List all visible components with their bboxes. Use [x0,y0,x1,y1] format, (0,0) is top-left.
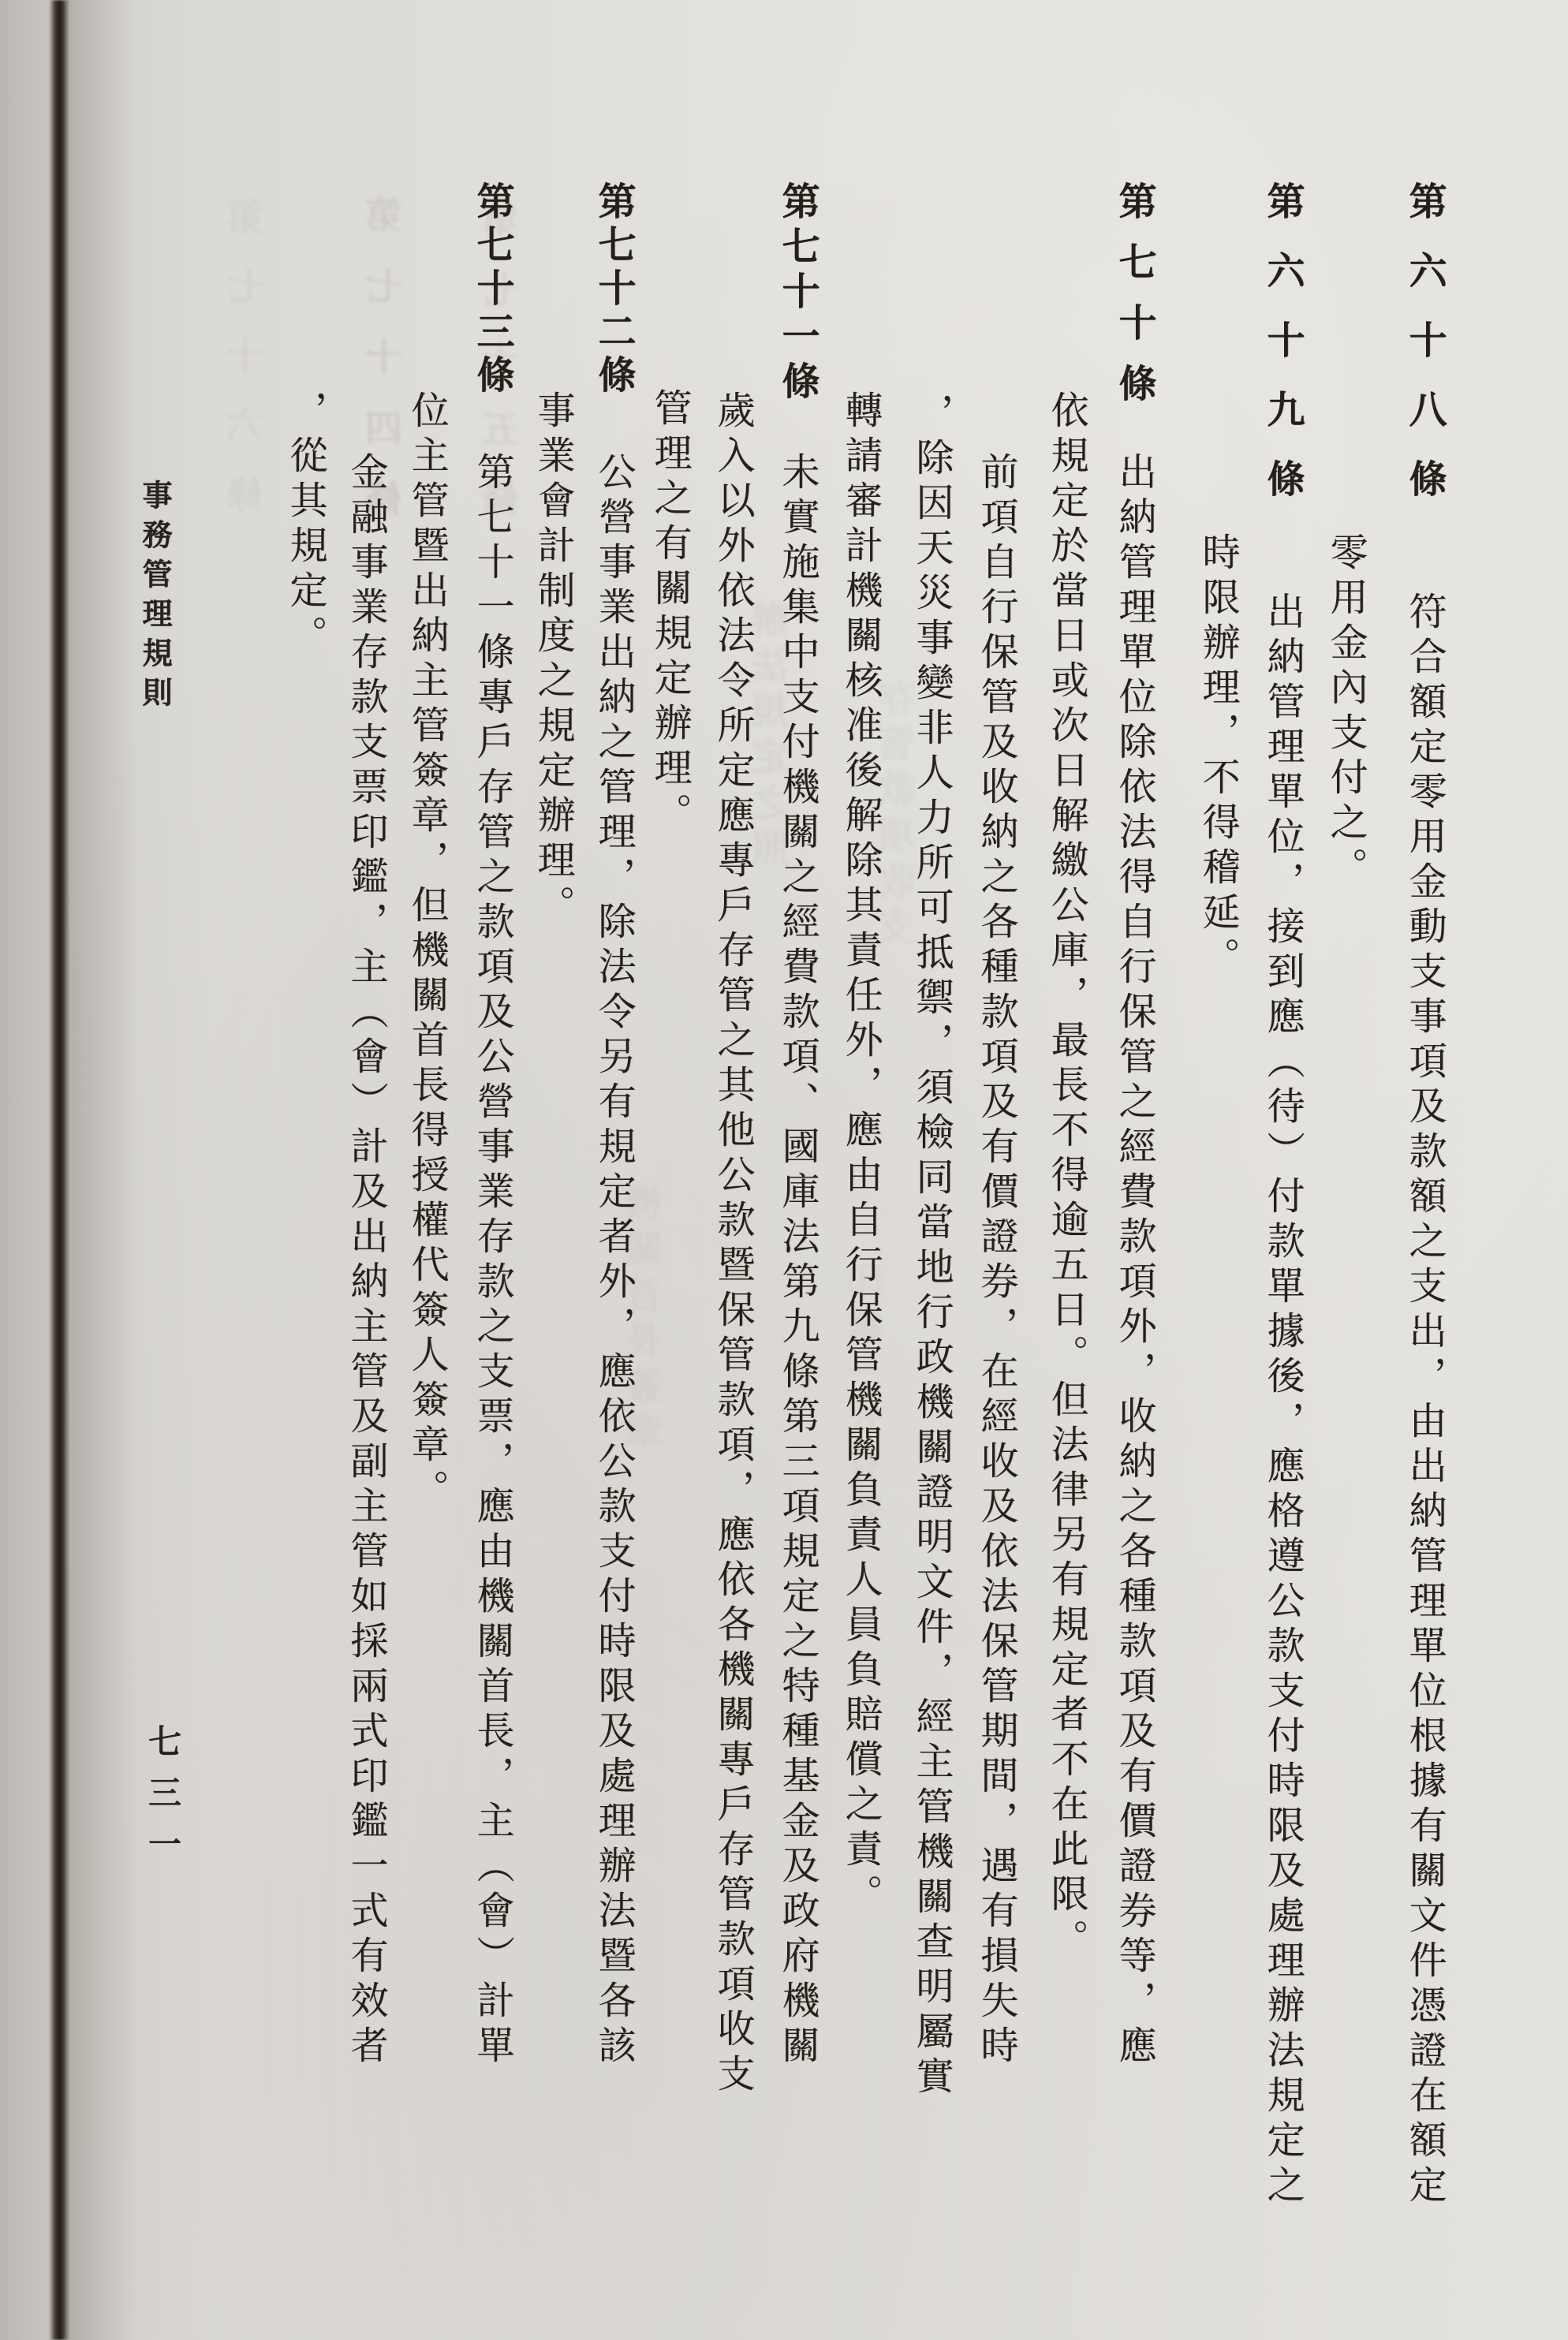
side-label-regulation-title: 事務管理規則 [139,480,169,716]
showthrough-ghost-column: 第七十六條 [230,197,268,544]
article-text-column: ，除因天災事變非人力所可抵禦，須檢同當地行政機關證明文件，經主管機關查明屬實 [912,393,950,2101]
showthrough-ghost-column: 機關首長簽章 [629,1183,667,1457]
article-text-column: 公營事業出納之管理，除法令另有規定者外，應依公款支付時限及處理辦法暨各該 [594,452,632,2070]
article-text-column: 位主管暨出納主管簽章，但機關首長得授權代簽人簽章。 [407,390,445,1514]
article-text-column: 歲入以外依法令所定應專戶存管之其他公款暨保管款項，應依各機關專戶存管款項收支 [713,390,751,2099]
article-heading: 第六十九條 [1263,181,1301,528]
article-text-column: 管理之有關規定辦理。 [650,388,688,838]
article-text-column: 金融事業存款支票印鑑，主（會）計及出納主管及副主管如採兩式印鑑一式有效者 [346,452,384,2070]
article-text-column: 零用金內支付之。 [1326,532,1364,892]
scanned-document-page: 第七十四條第七十五條第七十六條辦法規定之照存管款項收支機關首長簽章印鑑一式有效 … [0,0,1568,2340]
page-number: 七三一 [145,1724,178,1878]
article-text-column: 前項自行保管及收納之各種款項及有價證券，在經收及依法保管期間，遇有損失時 [976,452,1014,2070]
article-text-column: 出納管理單位，接到應（待）付款單據後，應格遵公款支付時限及處理辦法規定之 [1263,592,1301,2210]
article-heading: 第七十條 [1114,181,1152,424]
article-text-column: 時限辦理，不得稽延。 [1198,532,1236,982]
article-text-column: 依規定於當日或次日解繳公庫，最長不得逾五日。但法律另有規定者不在此限。 [1047,390,1085,1964]
article-heading: 第七十三條 [472,181,510,398]
book-gutter-soft-shadow [66,0,137,2340]
article-text-column: 出納管理單位除依法得自行保管之經費款項外，收納之各種款項及有價證券等，應 [1114,452,1152,2070]
article-text-column: 第七十一條專戶存管之款項及公營事業存款之支票，應由機關首長，主（會）計單 [472,452,510,2070]
page-outer-edge [0,0,50,2340]
article-heading: 第七十一條 [778,181,816,406]
article-text-column: 符合額定零用金動支事項及款額之支出，由出納管理單位根據有關文件憑證在額定 [1405,592,1443,2210]
article-text-column: 未實施集中支付機關之經費款項、國庫法第九條第三項規定之特種基金及政府機關 [778,452,816,2070]
article-text-column: 轉請審計機關核准後解除其責任外，應由自行保管機關負責人員負賠償之責。 [841,390,879,1919]
article-text-column: ，從其規定。 [286,390,323,660]
article-heading: 第六十八條 [1405,181,1443,528]
article-text-column: 事業會計制度之規定辦理。 [533,390,571,930]
article-heading: 第七十二條 [594,181,632,398]
